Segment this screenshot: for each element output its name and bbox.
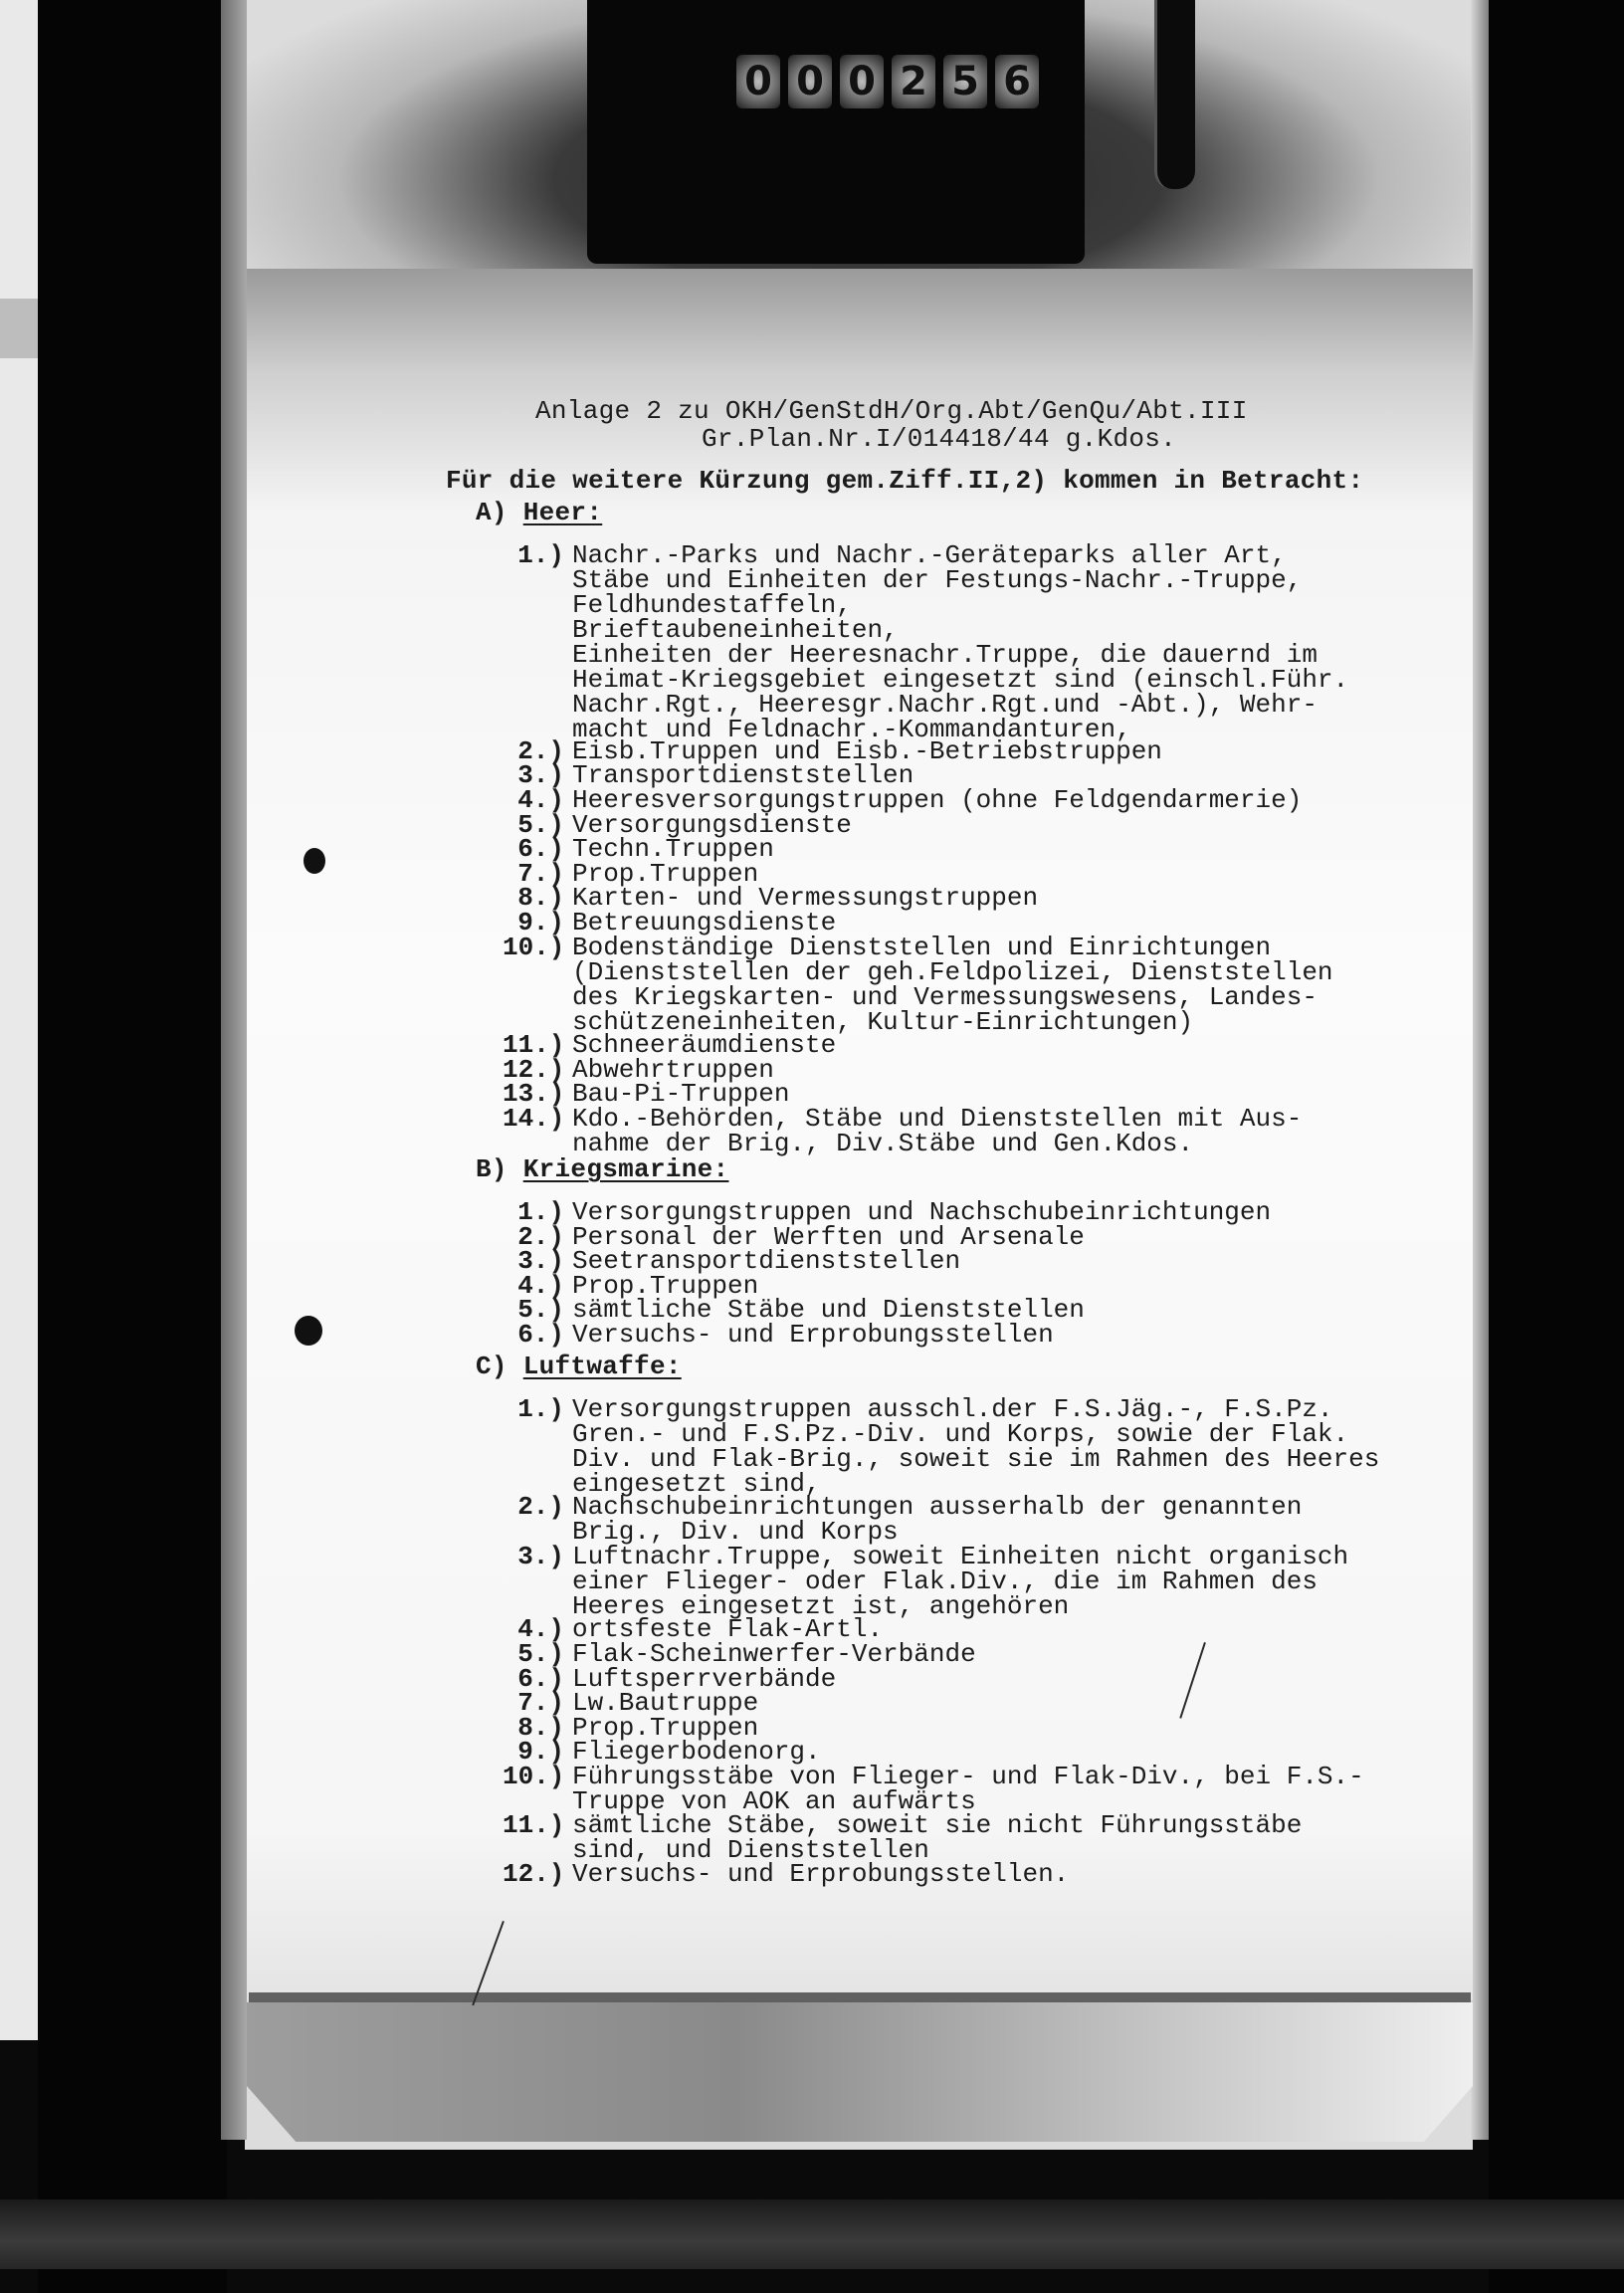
list-item: 6.)Versuchs- und Erprobungsstellen xyxy=(503,1323,1054,1348)
header-reference-line-2: Gr.Plan.Nr.I/014418/44 g.Kdos. xyxy=(702,424,1176,454)
list-item-text: Führungsstäbe von Flieger- und Flak-Div.… xyxy=(572,1765,1364,1814)
list-item-text: Versuchs- und Erprobungsstellen xyxy=(572,1323,1054,1348)
list-item-number: 6.) xyxy=(503,1323,564,1348)
list-item-text: Luftnachr.Truppe, soweit Einheiten nicht… xyxy=(572,1545,1348,1619)
list-item-number: 12.) xyxy=(503,1862,564,1887)
list-item-text: sämtliche Stäbe, soweit sie nicht Führun… xyxy=(572,1813,1302,1863)
section-label: C) xyxy=(476,1352,523,1381)
list-item-number: 3.) xyxy=(503,1545,564,1569)
list-item-text: Bodenständige Dienststellen und Einricht… xyxy=(572,936,1333,1035)
section-label: B) xyxy=(476,1154,523,1184)
list-item-number: 1.) xyxy=(503,1397,564,1422)
section-title: Kriegsmarine: xyxy=(523,1154,729,1184)
list-item-number: 1.) xyxy=(503,543,564,568)
section-heading: C) Luftwaffe: xyxy=(476,1352,682,1381)
list-item-text: Nachschubeinrichtungen ausserhalb der ge… xyxy=(572,1495,1302,1545)
list-item: 14.)Kdo.-Behörden, Stäbe und Dienststell… xyxy=(503,1107,1302,1156)
list-item-text: Kdo.-Behörden, Stäbe und Dienststellen m… xyxy=(572,1107,1302,1156)
list-item: 11.)sämtliche Stäbe, soweit sie nicht Fü… xyxy=(503,1813,1302,1863)
section-heading: B) Kriegsmarine: xyxy=(476,1154,728,1184)
list-item-text: Versorgungstruppen ausschl.der F.S.Jäg.-… xyxy=(572,1397,1379,1497)
section-label: A) xyxy=(476,498,523,527)
intro-line: Für die weitere Kürzung gem.Ziff.II,2) k… xyxy=(446,466,1363,496)
list-item-number: 10.) xyxy=(503,936,564,960)
list-item: 1.)Versorgungstruppen ausschl.der F.S.Jä… xyxy=(503,1397,1379,1497)
list-item-number: 11.) xyxy=(503,1813,564,1838)
list-item-number: 14.) xyxy=(503,1107,564,1132)
list-item: 10.)Bodenständige Dienststellen und Einr… xyxy=(503,936,1333,1035)
list-item-text: Nachr.-Parks und Nachr.-Geräteparks alle… xyxy=(572,543,1348,742)
list-item: 12.)Versuchs- und Erprobungsstellen. xyxy=(503,1862,1069,1887)
document-text: Anlage 2 zu OKH/GenStdH/Org.Abt/GenQu/Ab… xyxy=(0,0,1624,2293)
list-item: 1.)Nachr.-Parks und Nachr.-Geräteparks a… xyxy=(503,543,1348,742)
list-item: 2.)Nachschubeinrichtungen ausserhalb der… xyxy=(503,1495,1302,1545)
list-item-number: 2.) xyxy=(503,1495,564,1520)
list-item-text: Versuchs- und Erprobungsstellen. xyxy=(572,1862,1069,1887)
list-item: 10.)Führungsstäbe von Flieger- und Flak-… xyxy=(503,1765,1364,1814)
list-item-number: 10.) xyxy=(503,1765,564,1789)
header-reference-line-1: Anlage 2 zu OKH/GenStdH/Org.Abt/GenQu/Ab… xyxy=(535,396,1248,426)
section-heading: A) Heer: xyxy=(476,498,602,527)
section-title: Luftwaffe: xyxy=(523,1352,682,1381)
list-item: 3.)Luftnachr.Truppe, soweit Einheiten ni… xyxy=(503,1545,1348,1619)
section-title: Heer: xyxy=(523,498,603,527)
